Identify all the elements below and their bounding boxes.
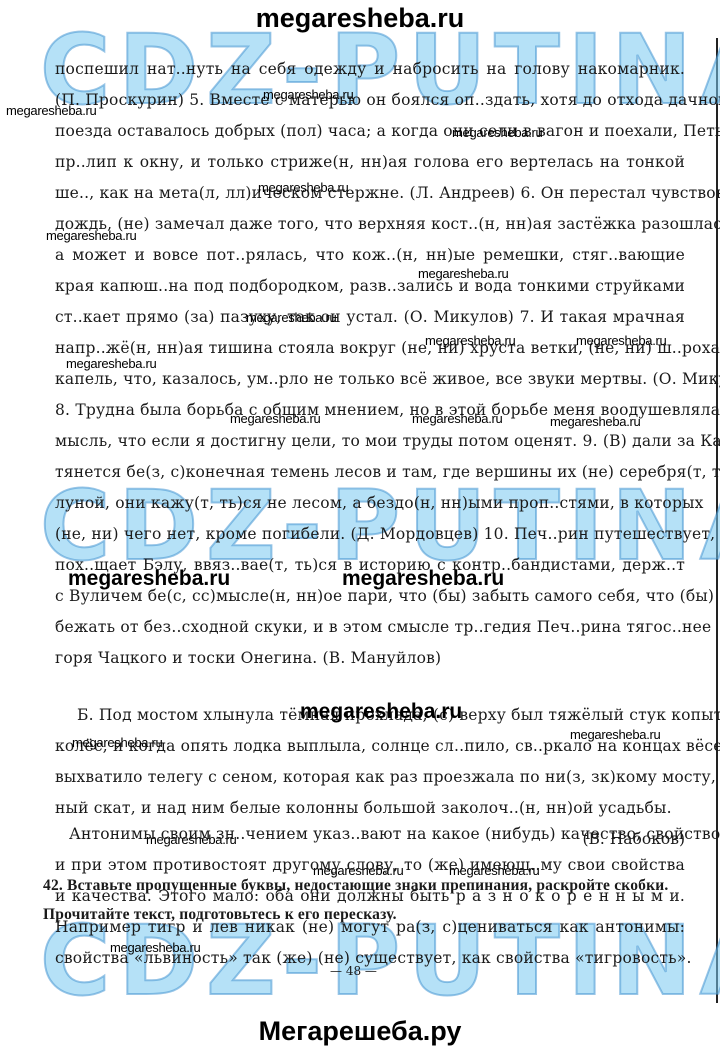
watermark-small: megaresheba.ru bbox=[72, 735, 162, 750]
text-line: свойства «львиность» так (же) (не) сущес… bbox=[55, 948, 692, 968]
watermark-small: megaresheba.ru bbox=[66, 356, 156, 371]
text-line: мысль, что если я достигну цели, то мои … bbox=[55, 431, 685, 451]
watermark-big: megaresheba.ru bbox=[68, 567, 230, 591]
text-line: и при этом противостоят другому слову, т… bbox=[55, 855, 685, 875]
text-line: Антонимы своим зн..чением указ..вают на … bbox=[69, 824, 685, 844]
watermark-small: megaresheba.ru bbox=[570, 727, 660, 742]
watermark-small: megaresheba.ru bbox=[452, 125, 542, 140]
text-line: луной, они кажу(т, ть)ся не лесом, а без… bbox=[55, 493, 685, 513]
text-line: дождь, (не) замечал даже того, что верхн… bbox=[55, 214, 685, 234]
text-line: тянется бе(з, с)конечная темень лесов и … bbox=[55, 462, 685, 482]
text-line: Например тигр и лев никак (не) могут ра(… bbox=[55, 917, 685, 937]
watermark-small: megaresheba.ru bbox=[230, 411, 320, 426]
text-line: края капюш..на под подбородком, разв..за… bbox=[55, 276, 685, 296]
text-line: поезда оставалось добрых (пол) часа; а к… bbox=[55, 121, 685, 141]
site-footer: Мегарешеба.ру bbox=[0, 1016, 720, 1047]
text-line: капель, что, казалось, ум..рло не только… bbox=[55, 369, 685, 389]
watermark-small: megaresheba.ru bbox=[412, 411, 502, 426]
watermark-big: megaresheba.ru bbox=[342, 567, 504, 591]
watermark-small: megaresheba.ru bbox=[263, 87, 353, 102]
watermark-small: megaresheba.ru bbox=[425, 333, 515, 348]
watermark-small: megaresheba.ru bbox=[46, 228, 136, 243]
text-line: ше.., как на мета(л, лл)ическом стержне.… bbox=[55, 183, 685, 203]
text-line: пр..лип к окну, и только стриже(н, нн)ая… bbox=[55, 152, 685, 172]
watermark-big: megaresheba.ru bbox=[300, 700, 462, 724]
watermark-small: megaresheba.ru bbox=[6, 103, 96, 118]
watermark-small: megaresheba.ru bbox=[418, 266, 508, 281]
text-line: выхватило телегу с сеном, которая как ра… bbox=[55, 767, 685, 787]
watermark-small: megaresheba.ru bbox=[550, 414, 640, 429]
text-line: а может и вовсе пот..рялась, что кож..(н… bbox=[55, 245, 685, 265]
text-line: горя Чацкого и тоски Онегина. (В. Мануйл… bbox=[55, 648, 441, 668]
text-line: бежать от без..сходной скуки, и в этом с… bbox=[55, 617, 685, 637]
watermark-small: megaresheba.ru bbox=[576, 333, 666, 348]
watermark-small: megaresheba.ru bbox=[246, 310, 336, 325]
text-line: (не, ни) чего нет, кроме погибели. (Д. М… bbox=[55, 524, 685, 544]
text-line: ст..кает прямо (за) пазуху, так он устал… bbox=[55, 307, 685, 327]
text-line: поспешил нат..нуть на себя одежду и набр… bbox=[55, 59, 685, 79]
watermark-small: megaresheba.ru bbox=[258, 180, 348, 195]
text-line: ный скат, и над ним белые колонны большо… bbox=[55, 798, 672, 818]
text-line: и качества. Этого мало: оба они должны б… bbox=[55, 886, 685, 906]
text-line: (П. Проскурин) 5. Вместе с матерью он бо… bbox=[55, 90, 685, 110]
